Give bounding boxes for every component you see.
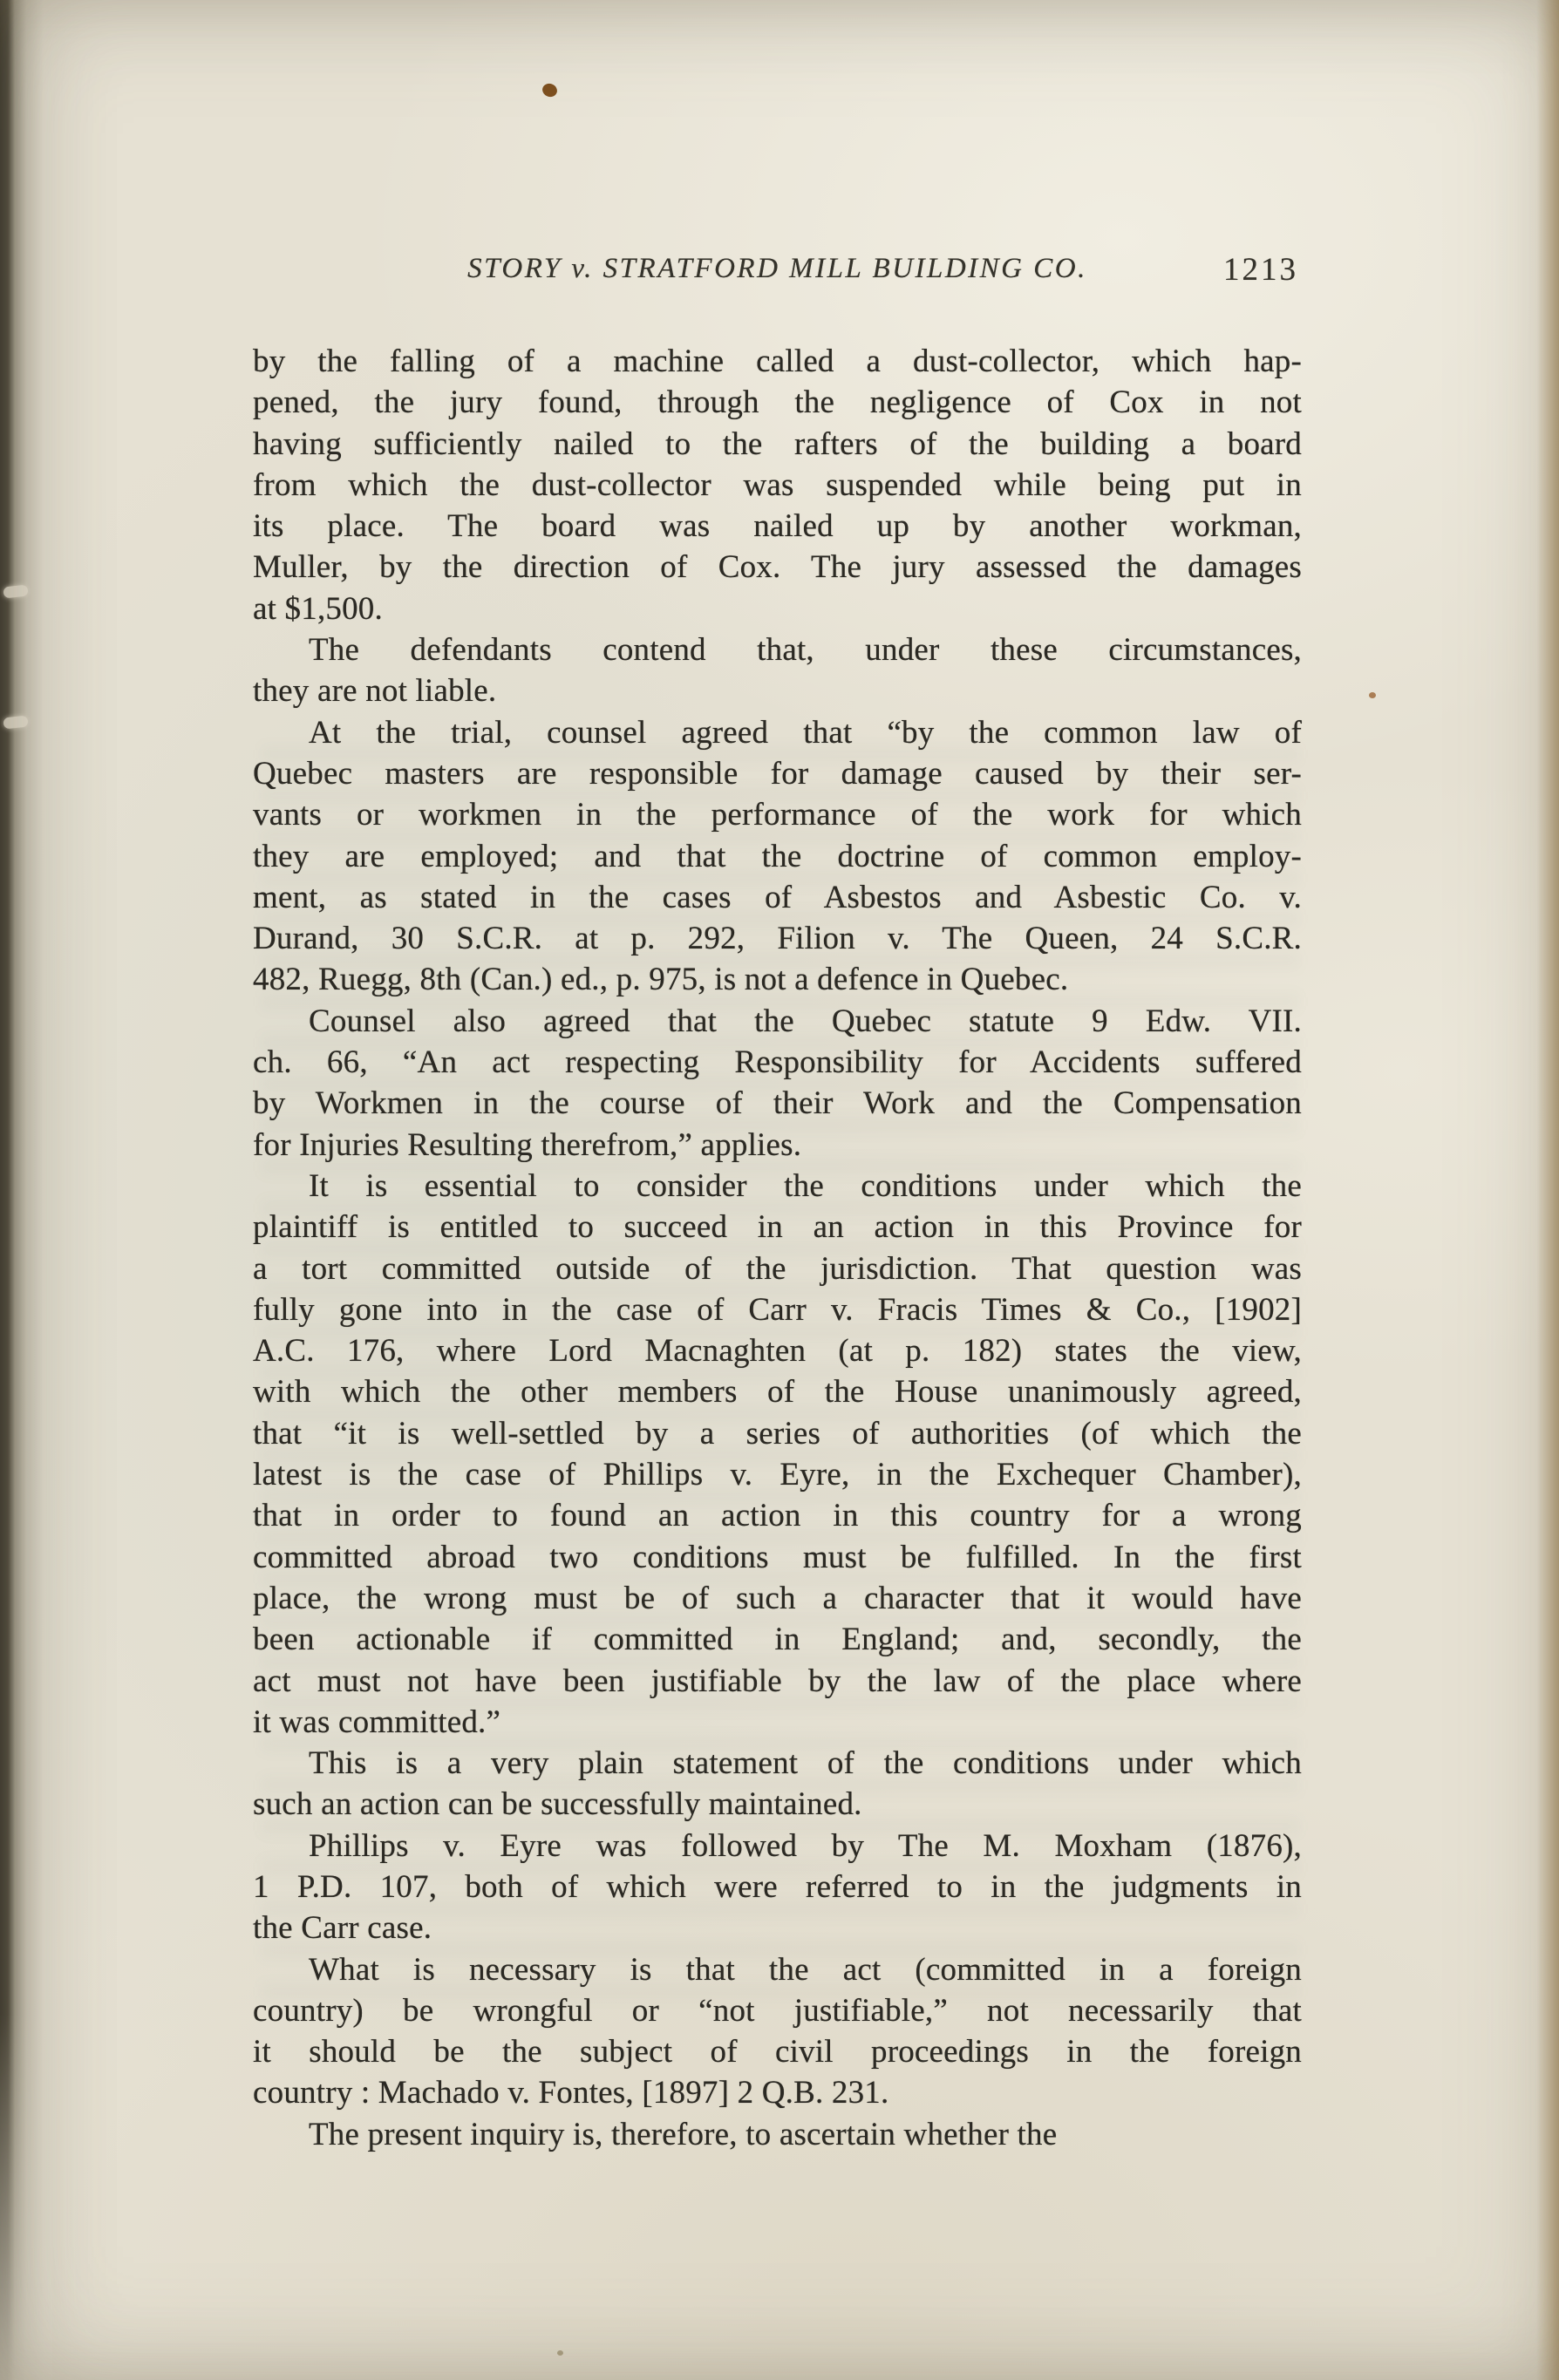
text-line: been actionable if committed in England;… [253, 1619, 1302, 1660]
text-line: its place. The board was nailed up by an… [253, 506, 1302, 547]
text-line: at $1,500. [253, 588, 1302, 629]
right-page-edge [1536, 0, 1559, 2380]
text-line: committed abroad two conditions must be … [253, 1537, 1302, 1578]
text-line: they are not liable. [253, 670, 1302, 711]
text-line: What is necessary is that the act (commi… [253, 1949, 1302, 1990]
scanned-book-page: STORY v. STRATFORD MILL BUILDING CO. 121… [0, 0, 1559, 2380]
text-line: by Workmen in the course of their Work a… [253, 1083, 1302, 1124]
text-line: 482, Ruegg, 8th (Can.) ed., p. 975, is n… [253, 959, 1302, 1000]
text-line: plaintiff is entitled to succeed in an a… [253, 1207, 1302, 1248]
text-line: At the trial, counsel agreed that “by th… [253, 712, 1302, 753]
text-line: Muller, by the direction of Cox. The jur… [253, 547, 1302, 588]
text-line: It is essential to consider the conditio… [253, 1166, 1302, 1207]
text-line: The present inquiry is, therefore, to as… [253, 2114, 1302, 2155]
text-line: ment, as stated in the cases of Asbestos… [253, 877, 1302, 918]
text-line: Quebec masters are responsible for damag… [253, 753, 1302, 794]
page-number: 1213 [1223, 251, 1298, 289]
text-line: with which the other members of the Hous… [253, 1371, 1302, 1412]
text-line: for Injuries Resulting therefrom,” appli… [253, 1125, 1302, 1166]
text-line: pened, the jury found, through the negli… [253, 382, 1302, 423]
paper-speck [1369, 692, 1376, 698]
text-line: it should be the subject of civil procee… [253, 2031, 1302, 2072]
text-line: the Carr case. [253, 1907, 1302, 1948]
text-line: having sufficiently nailed to the rafter… [253, 424, 1302, 465]
text-line: from which the dust-collector was suspen… [253, 465, 1302, 506]
text-line: such an action can be successfully maint… [253, 1784, 1302, 1825]
text-line: Counsel also agreed that the Quebec stat… [253, 1001, 1302, 1042]
paper-speck [557, 2350, 563, 2356]
text-line: they are employed; and that the doctrine… [253, 836, 1302, 877]
text-line: that “it is well-settled by a series of … [253, 1413, 1302, 1454]
text-line: Durand, 30 S.C.R. at p. 292, Filion v. T… [253, 918, 1302, 959]
text-line: This is a very plain statement of the co… [253, 1743, 1302, 1784]
text-line: by the falling of a machine called a dus… [253, 341, 1302, 382]
text-line: Phillips v. Eyre was followed by The M. … [253, 1826, 1302, 1867]
text-line: place, the wrong must be of such a chara… [253, 1578, 1302, 1619]
text-line: that in order to found an action in this… [253, 1495, 1302, 1536]
running-head: STORY v. STRATFORD MILL BUILDING CO. [467, 253, 1087, 285]
text-line: The defendants contend that, under these… [253, 629, 1302, 670]
text-line: A.C. 176, where Lord Macnaghten (at p. 1… [253, 1330, 1302, 1371]
text-line: vants or workmen in the performance of t… [253, 794, 1302, 835]
running-head-row: STORY v. STRATFORD MILL BUILDING CO. 121… [253, 251, 1302, 291]
text-line: country : Machado v. Fontes, [1897] 2 Q.… [253, 2072, 1302, 2113]
text-line: act must not have been justifiable by th… [253, 1661, 1302, 1702]
text-line: fully gone into in the case of Carr v. F… [253, 1289, 1302, 1330]
text-line: country) be wrongful or “not justifiable… [253, 1990, 1302, 2031]
text-line: it was committed.” [253, 1702, 1302, 1743]
text-line: ch. 66, “An act respecting Responsibilit… [253, 1042, 1302, 1083]
text-line: a tort committed outside of the jurisdic… [253, 1248, 1302, 1289]
paper-speck [541, 82, 559, 99]
left-binding-fade [0, 2014, 52, 2380]
text-line: latest is the case of Phillips v. Eyre, … [253, 1454, 1302, 1495]
text-line: 1 P.D. 107, both of which were referred … [253, 1867, 1302, 1907]
body-text: by the falling of a machine called a dus… [253, 341, 1302, 2155]
